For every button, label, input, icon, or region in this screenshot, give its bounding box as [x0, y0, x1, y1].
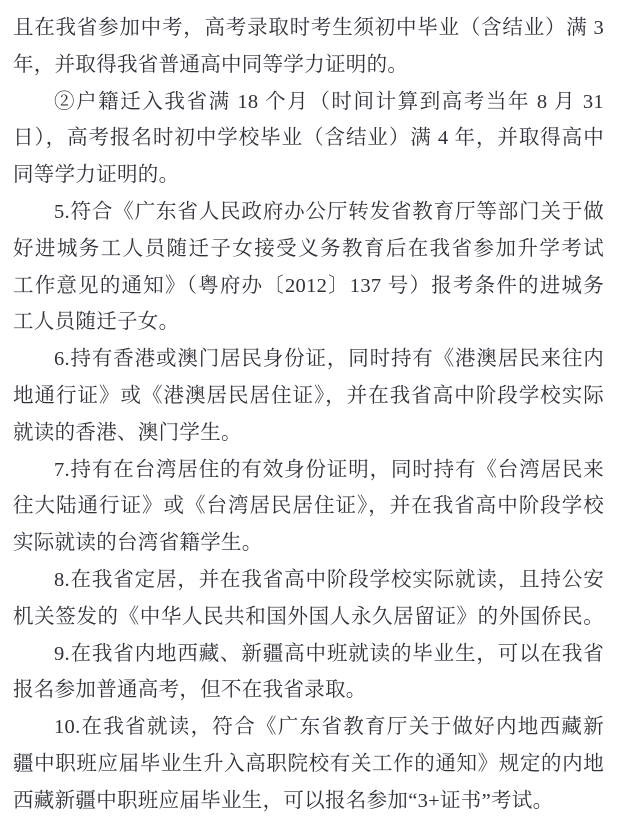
text-line: 日），高考报名时初中学校毕业（含结业）满 4 年，并取得高中	[13, 120, 604, 157]
text-line: 好进城务工人员随迁子女接受义务教育后在我省参加升学考试	[13, 231, 604, 268]
text-line: 报名参加普通高考，但不在我省录取。	[13, 672, 604, 709]
text-line: 工人员随迁子女。	[13, 304, 604, 341]
text-line: 实际就读的台湾省籍学生。	[13, 525, 604, 562]
text-line: 疆中职班应届毕业生升入高职院校有关工作的通知》规定的内地	[13, 746, 604, 783]
document-body: 且在我省参加中考，高考录取时考生须初中毕业（含结业）满 3年，并取得我省普通高中…	[13, 10, 604, 820]
text-line: 机关签发的《中华人民共和国外国人永久居留证》的外国侨民。	[13, 599, 604, 636]
text-line: 就读的香港、澳门学生。	[13, 415, 604, 452]
text-line: 西藏新疆中职班应届毕业生，可以报名参加“3+证书”考试。	[13, 783, 604, 820]
text-line: 10.在我省就读，符合《广东省教育厅关于做好内地西藏新	[13, 709, 604, 746]
text-line: ②户籍迁入我省满 18 个月（时间计算到高考当年 8 月 31	[13, 84, 604, 121]
text-line: 同等学力证明的。	[13, 157, 604, 194]
text-line: 地通行证》或《港澳居民居住证》，并在我省高中阶段学校实际	[13, 378, 604, 415]
text-line: 年，并取得我省普通高中同等学力证明的。	[13, 47, 604, 84]
text-line: 工作意见的通知》（粤府办〔2012〕137 号）报考条件的进城务	[13, 268, 604, 305]
text-line: 8.在我省定居，并在我省高中阶段学校实际就读，且持公安	[13, 562, 604, 599]
text-line: 且在我省参加中考，高考录取时考生须初中毕业（含结业）满 3	[13, 10, 604, 47]
text-line: 往大陆通行证》或《台湾居民居住证》，并在我省高中阶段学校	[13, 488, 604, 525]
text-line: 6.持有香港或澳门居民身份证，同时持有《港澳居民来往内	[13, 341, 604, 378]
text-line: 7.持有在台湾居住的有效身份证明，同时持有《台湾居民来	[13, 452, 604, 489]
document-page: 且在我省参加中考，高考录取时考生须初中毕业（含结业）满 3年，并取得我省普通高中…	[0, 0, 618, 834]
text-line: 9.在我省内地西藏、新疆高中班就读的毕业生，可以在我省	[13, 636, 604, 673]
text-line: 5.符合《广东省人民政府办公厅转发省教育厅等部门关于做	[13, 194, 604, 231]
